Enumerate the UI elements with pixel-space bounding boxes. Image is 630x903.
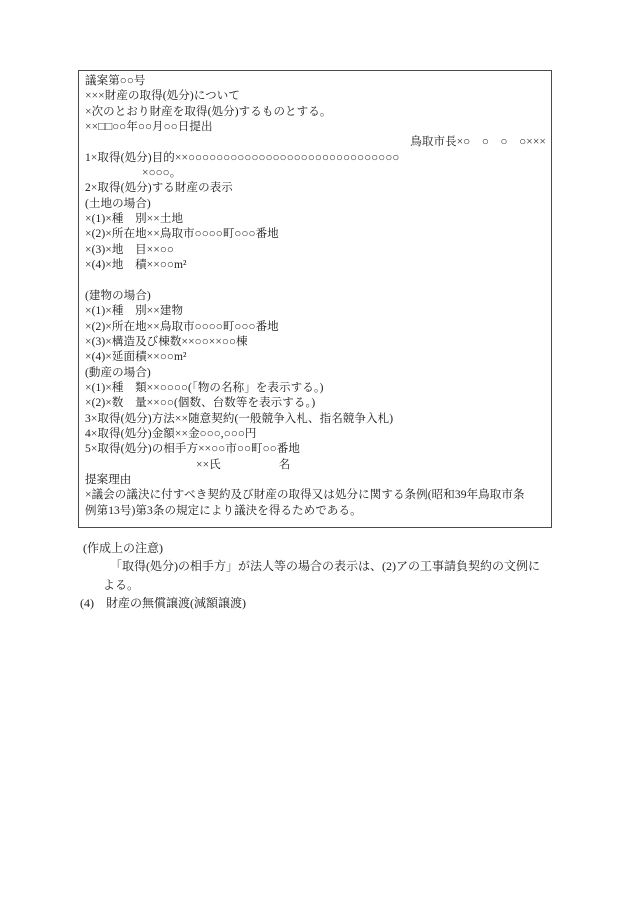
document-line: ××□□○○年○○月○○日提出 — [85, 120, 546, 135]
document-line: 2×取得(処分)する財産の表示 — [85, 181, 546, 196]
document-line: 鳥取市長×○ ○ ○ ○××× — [85, 135, 546, 150]
note-line: (4) 財産の無償譲渡(減額譲渡) — [79, 594, 555, 612]
page: { "page": { "background_color": "#ffffff… — [0, 0, 630, 903]
document-line: 提案理由 — [85, 473, 546, 488]
document-line: ×××財産の取得(処分)について — [85, 89, 546, 104]
document-line: ×(1)×種 別××土地 — [85, 212, 546, 227]
document-line: ×○○○。 — [85, 166, 546, 181]
drafting-notes: (作成上の注意)「取得(処分)の相手方」が法人等の場合の表示は、(2)アの工事請… — [79, 539, 555, 613]
note-line: (作成上の注意) — [79, 539, 555, 557]
document-line: 1×取得(処分)目的××○○○○○○○○○○○○○○○○○○○○○○○○○○○○… — [85, 151, 546, 166]
document-line: 議案第○○号 — [85, 74, 546, 89]
document-line: (土地の場合) — [85, 197, 546, 212]
document-line — [85, 273, 546, 288]
document-line: ×議会の議決に付すべき契約及び財産の取得又は処分に関する条例(昭和39年鳥取市条 — [85, 488, 546, 503]
document-line: ×(1)×種 別××建物 — [85, 304, 546, 319]
document-line: (動産の場合) — [85, 366, 546, 381]
document-line: ×(1)×種 類××○○○○(「物の名称」を表示する。) — [85, 381, 546, 396]
document-line: ×(3)×構造及び棟数××○○××○○棟 — [85, 335, 546, 350]
bill-document-box: 議案第○○号×××財産の取得(処分)について×次のとおり財産を取得(処分)するも… — [78, 70, 552, 528]
document-line: ×(2)×数 量××○○(個数、台数等を表示する。) — [85, 396, 546, 411]
document-line: 3×取得(処分)方法××随意契約(一般競争入札、指名競争入札) — [85, 412, 546, 427]
document-line: ××氏 名 — [85, 458, 546, 473]
document-line: 4×取得(処分)金額××金○○○,○○○円 — [85, 427, 546, 442]
note-line: よる。 — [79, 576, 555, 594]
document-line: ×(2)×所在地××鳥取市○○○○町○○○番地 — [85, 227, 546, 242]
document-line: ×(4)×地 積××○○m² — [85, 258, 546, 273]
document-line: 5×取得(処分)の相手方××○○市○○町○○番地 — [85, 442, 546, 457]
document-line: (建物の場合) — [85, 289, 546, 304]
note-line: 「取得(処分)の相手方」が法人等の場合の表示は、(2)アの工事請負契約の文例に — [79, 557, 555, 575]
document-line: ×次のとおり財産を取得(処分)するものとする。 — [85, 105, 546, 120]
document-line: ×(3)×地 目××○○ — [85, 243, 546, 258]
document-line: ×(4)×延面積××○○m² — [85, 350, 546, 365]
document-line: ×(2)×所在地××鳥取市○○○○町○○○番地 — [85, 320, 546, 335]
document-line: 例第13号)第3条の規定により議決を得るためである。 — [85, 504, 546, 519]
